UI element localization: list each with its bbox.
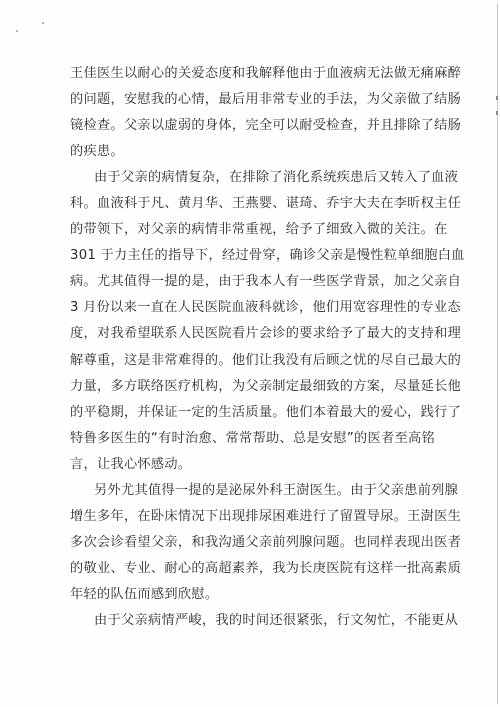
text-line: 的敬业、专业、耐心的高超素养，我为长庚医院有这样一批高素质 [70, 556, 415, 582]
text-line: 的问题，安慰我的心情，最后用非常专业的手法，为父亲做了结肠 [70, 87, 415, 113]
text-line: 301 于力主任的指导下，经过骨穿，确诊父亲是慢性粒单细胞白血 [70, 243, 415, 269]
scanned-page: 王佳医生以耐心的关爱态度和我解释他由于血液病无法做无痛麻醉 的问题，安慰我的心情… [0, 0, 500, 707]
paragraph-start-line: 另外尤其值得一提的是泌尿外科王澍医生。由于父亲患前列腺 [70, 478, 415, 504]
text-line: 王佳医生以耐心的关爱态度和我解释他由于血液病无法做无痛麻醉 [70, 61, 415, 87]
page-edge-line [497, 4, 498, 704]
body-text: 王佳医生以耐心的关爱态度和我解释他由于血液病无法做无痛麻醉 的问题，安慰我的心情… [70, 61, 415, 634]
text-line: 特鲁多医生的“有时治愈、常常帮助、总是安慰”的医者至高铭 [70, 426, 415, 452]
scan-speck [42, 22, 44, 24]
text-line: 的带领下，对父亲的病情非常重视，给予了细致入微的关注。在 [70, 217, 415, 243]
text-line: 年轻的队伍而感到欣慰。 [70, 582, 415, 608]
edge-mark [496, 96, 498, 100]
paragraph-start-line: 由于父亲病情严峻，我的时间还很紧张，行文匆忙，不能更从 [70, 608, 415, 634]
text-line: 解尊重，这是非常难得的。他们让我没有后顾之忧的尽自己最大的 [70, 348, 415, 374]
edge-mark [496, 111, 498, 115]
paragraph-start-line: 由于父亲的病情复杂，在排除了消化系统疾患后又转入了血液 [70, 165, 415, 191]
text-line: 言，让我心怀感动。 [70, 452, 415, 478]
scan-speck [16, 30, 18, 32]
text-line: 度，对我希望联系人民医院看片会诊的要求给予了最大的支持和理 [70, 321, 415, 347]
text-line: 多次会诊看望父亲，和我沟通父亲前列腺问题。也同样表现出医者 [70, 530, 415, 556]
text-line: 增生多年，在卧床情况下出现排尿困难进行了留置导尿。王澍医生 [70, 504, 415, 530]
text-line: 3 月份以来一直在人民医院血液科就诊，他们用宽容理性的专业态 [70, 295, 415, 321]
text-line: 的平稳期，并保证一定的生活质量。他们本着最大的爱心，践行了 [70, 400, 415, 426]
text-line: 镜检查。父亲以虚弱的身体，完全可以耐受检查，并且排除了结肠 [70, 113, 415, 139]
text-line: 科。血液科于凡、黄月华、王燕婴、谌琦、乔宇大夫在李昕权主任 [70, 191, 415, 217]
text-line: 的疾患。 [70, 139, 415, 165]
text-line: 力量，多方联络医疗机构，为父亲制定最细致的方案，尽量延长他 [70, 374, 415, 400]
text-line: 病。尤其值得一提的是，由于我本人有一些医学背景，加之父亲自 [70, 269, 415, 295]
